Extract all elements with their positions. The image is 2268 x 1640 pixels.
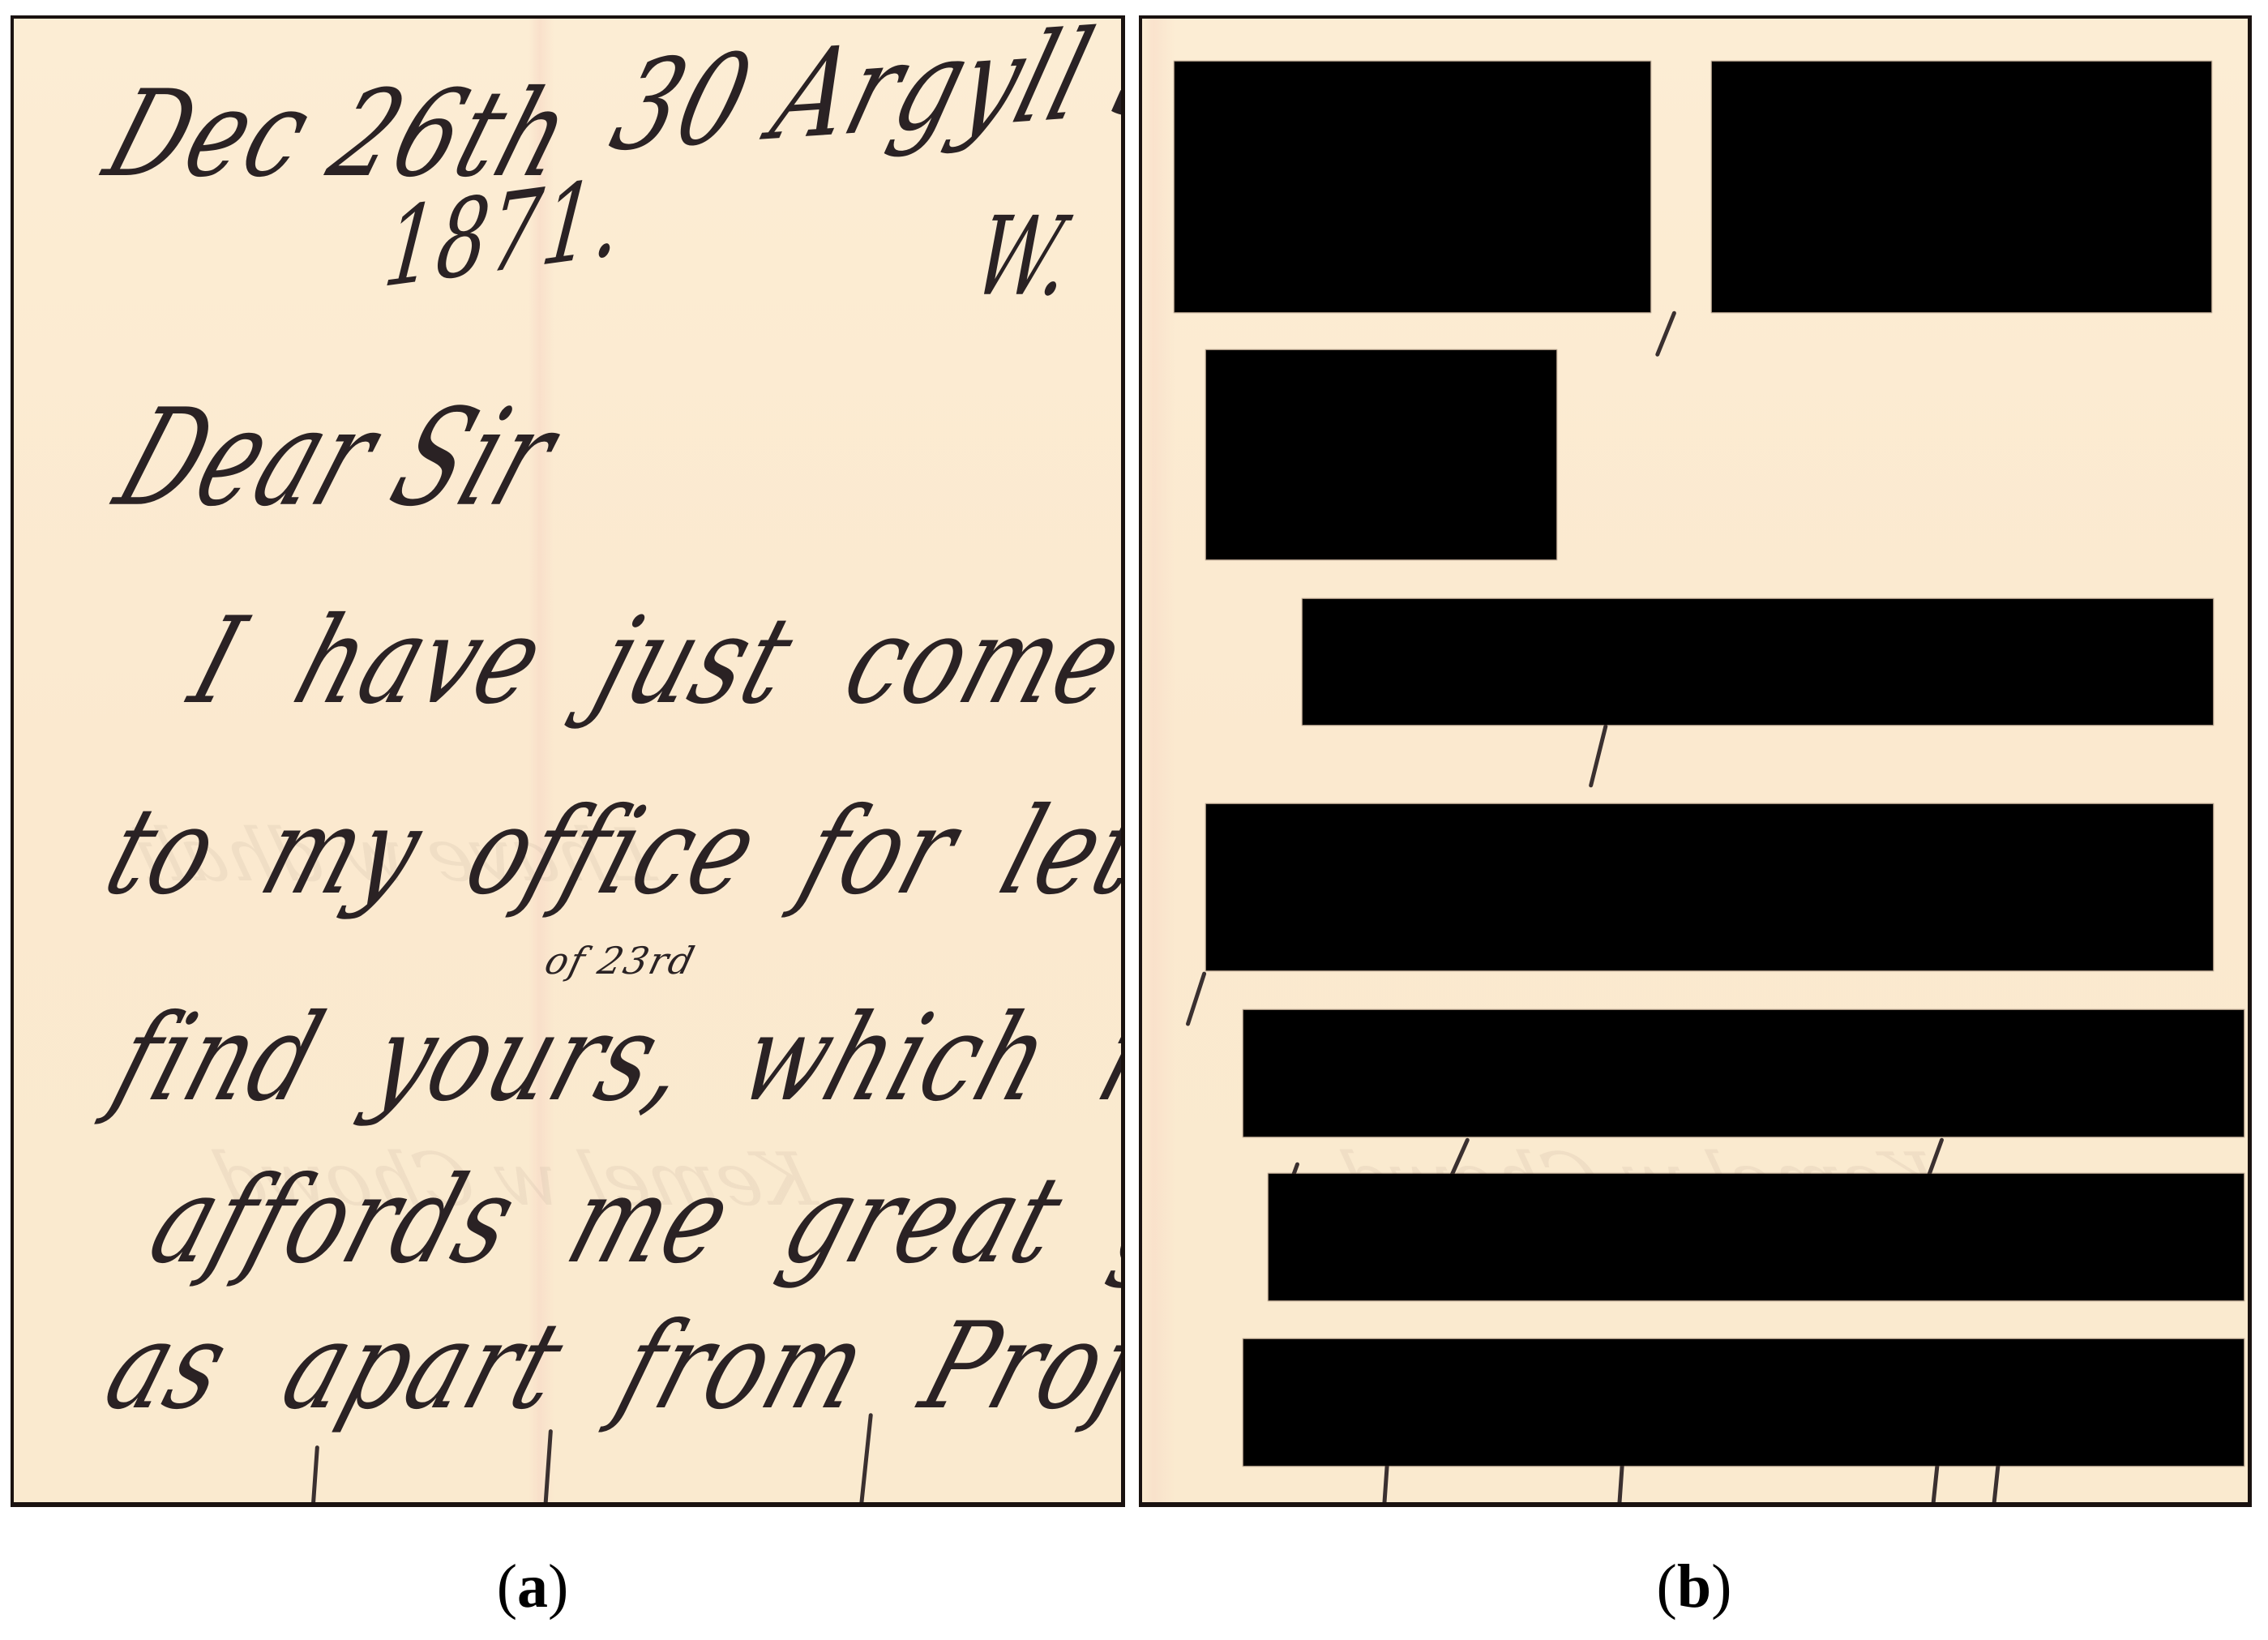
handwritten-interlinear-insertion: of 23rd [541, 939, 700, 983]
handwritten-body-line-1: I have just come down [176, 591, 1125, 731]
caption-a: (a) [451, 1550, 614, 1623]
redaction-box-line-1 [1303, 599, 2213, 725]
redaction-box-salutation [1206, 350, 1556, 559]
handwritten-body-line-3: find yours, which really [99, 988, 1125, 1128]
caption-a-open-paren: ( [497, 1552, 517, 1621]
caption-b-letter: b [1677, 1552, 1711, 1621]
redaction-box-address [1712, 62, 2211, 312]
caption-b-open-paren: ( [1657, 1552, 1677, 1621]
redaction-box-date [1175, 62, 1650, 312]
panel-b-redacted-letter: Lhave w dhali Kemel w Chowd [1139, 15, 2252, 1507]
redaction-box-line-5 [1243, 1339, 2244, 1466]
caption-b-close-paren: ) [1711, 1552, 1731, 1621]
handwritten-body-line-5: as apart from Professional [91, 1296, 1125, 1437]
redaction-box-line-4 [1269, 1174, 2244, 1300]
panel-a-original-letter: Lhave w dhali Kemel w Chowd Dec 26th 187… [11, 15, 1125, 1507]
handwritten-body-line-2: to my office for letters, & [91, 781, 1125, 922]
caption-a-letter: a [517, 1552, 548, 1621]
caption-b: (b) [1613, 1550, 1775, 1623]
handwritten-salutation: Dear Sir [99, 379, 577, 536]
redaction-box-line-2 [1206, 804, 2213, 970]
caption-a-close-paren: ) [548, 1552, 568, 1621]
handwritten-body-line-4: affords me great gratification [135, 1150, 1125, 1291]
redaction-box-line-3 [1243, 1010, 2244, 1137]
